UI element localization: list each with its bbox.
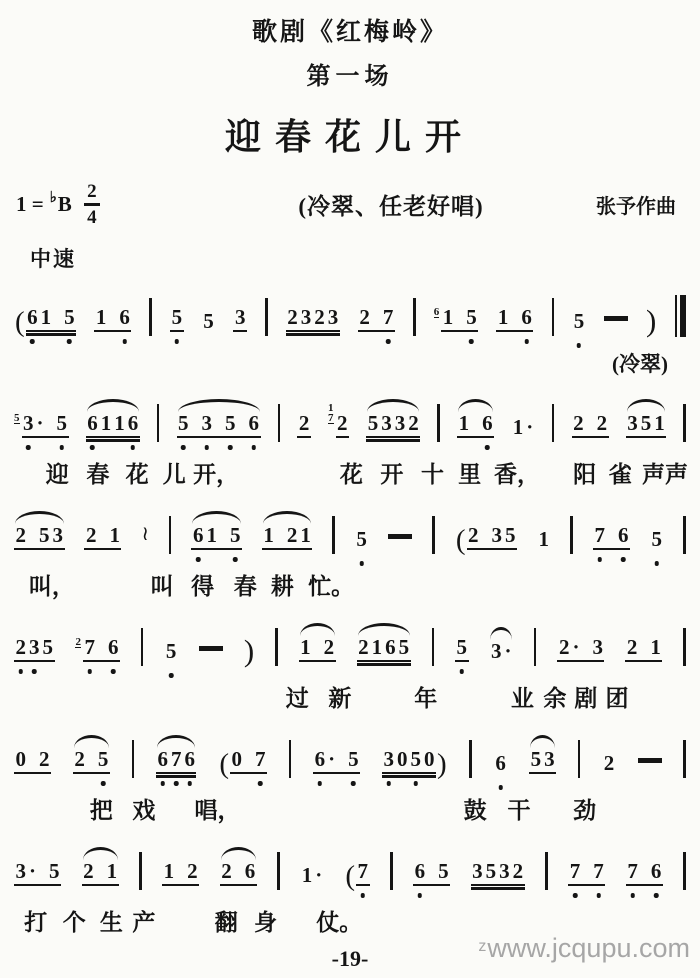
barline xyxy=(469,740,472,778)
note-group: 5332 xyxy=(366,413,420,438)
note-char: 6 xyxy=(126,413,140,434)
flat-icon: ♭ xyxy=(50,188,57,207)
note-char: 6 xyxy=(616,525,630,546)
note-char: 5 xyxy=(228,525,242,546)
barline xyxy=(275,628,278,666)
lyric-syllable: 儿 xyxy=(163,456,186,489)
note-digits: 253 xyxy=(14,525,65,550)
grace-note: 6 xyxy=(434,307,440,318)
note-digits: 121 xyxy=(262,525,313,550)
barline xyxy=(139,852,142,890)
note-digits: 3532 xyxy=(471,861,525,886)
barline xyxy=(552,404,555,442)
lyric-syllable: 余 xyxy=(543,680,566,713)
note-digits: 21 xyxy=(82,861,119,886)
note-digits: 65 xyxy=(413,861,450,886)
lyric-syllable: 个 xyxy=(63,904,86,937)
note-digits: 5 xyxy=(650,529,664,550)
time-sig-denominator: 4 xyxy=(87,208,97,227)
note-char: 1 xyxy=(370,637,384,658)
note-char: 7 xyxy=(253,749,267,770)
note-char: 3 xyxy=(489,641,503,662)
note-digits: 3· xyxy=(489,641,513,662)
note-char: 7 xyxy=(593,525,607,546)
barline xyxy=(390,852,393,890)
lyric-syllable: 干 xyxy=(508,792,531,825)
note-char: 3 xyxy=(233,307,247,328)
note-digits: 5 xyxy=(202,311,216,332)
lyric-syllable: 阳 xyxy=(573,456,596,489)
lyric-row: 叫，叫得春耕忙。 xyxy=(12,568,688,602)
note-char: 6 xyxy=(243,861,257,882)
note-char: 3 xyxy=(200,413,214,434)
note-char: 1 xyxy=(496,307,510,328)
note-char: 2 xyxy=(14,525,28,546)
note-group: 276 xyxy=(75,637,120,662)
note-digits: 3·5 xyxy=(22,413,69,438)
lyric-syllable: 鼓 xyxy=(464,792,487,825)
barline xyxy=(169,516,172,554)
note-group: 253 xyxy=(14,525,65,550)
lyric-row: 把戏唱，鼓干劲 xyxy=(12,792,688,826)
score: (61516553232327615165)(冷翠)53·56116535621… xyxy=(0,275,700,938)
note-digits: 615 xyxy=(26,307,77,332)
note-char: 1 xyxy=(94,307,108,328)
note-char: 1 xyxy=(649,637,663,658)
music-system: 0225676(076·53050)6532把戏唱，鼓干劲 xyxy=(12,720,688,826)
note-char: 6 xyxy=(649,861,663,882)
note-char: 6 xyxy=(183,749,197,770)
note-group: 2 xyxy=(602,753,616,774)
note-char: · xyxy=(571,637,581,658)
note-group: 16 xyxy=(94,307,131,332)
note-char: 5 xyxy=(572,311,586,332)
note-char: 7 xyxy=(381,307,395,328)
barline xyxy=(552,298,555,336)
lyric-syllable: 十 xyxy=(421,456,444,489)
note-group: 65 xyxy=(413,861,450,886)
note-char: · xyxy=(525,417,535,438)
scene-label: 第一场 xyxy=(0,56,700,91)
barline xyxy=(534,628,537,666)
note-group: 172 xyxy=(328,413,349,438)
note-char: 2 xyxy=(407,413,421,434)
watermark-url: www.jcqupu.com xyxy=(487,933,690,963)
note-char: 1 xyxy=(299,637,313,658)
lyric-syllable: 新 xyxy=(328,680,351,713)
grace-note: 17 xyxy=(328,403,334,424)
note-char: 6 xyxy=(156,749,170,770)
parenthesis: ( xyxy=(219,751,229,777)
note-char: · xyxy=(35,413,45,434)
note-char: 2 xyxy=(82,861,96,882)
note-char: 2 xyxy=(557,637,571,658)
note-digits: 27 xyxy=(358,307,395,332)
lyric-row: 迎春花儿开，花开十里香，阳雀声声 xyxy=(12,456,688,490)
note-char: 5 xyxy=(409,749,423,770)
note-char: 0 xyxy=(422,749,436,770)
note-group: 53 xyxy=(529,749,556,774)
note-digits: 1· xyxy=(300,865,324,886)
grace-digit: 6 xyxy=(434,307,440,317)
barline xyxy=(413,298,416,336)
note-char: 6 xyxy=(494,753,508,774)
note-digits: 5 xyxy=(170,307,184,332)
watermark-mark: z xyxy=(478,938,486,955)
note-group: 16 xyxy=(496,307,533,332)
note-char: 2 xyxy=(286,307,300,328)
note-row: 0225676(076·53050)6532 xyxy=(12,720,688,796)
note-char: 1 xyxy=(105,861,119,882)
parenthesis: ( xyxy=(456,527,466,553)
barline xyxy=(437,404,440,442)
lyric-syllable: 春 xyxy=(234,568,257,601)
note-char: 0 xyxy=(395,749,409,770)
music-system: 53·56116535621725332161·22351迎春花儿开，花开十里香… xyxy=(12,384,688,490)
lyric-syllable: 把 xyxy=(90,792,113,825)
barline xyxy=(278,404,281,442)
note-group: 53·5 xyxy=(14,413,69,438)
barline xyxy=(683,740,686,778)
note-char: 6 xyxy=(247,413,261,434)
barline xyxy=(683,404,686,442)
note-digits: 77 xyxy=(568,861,605,886)
lyric-syllable: 耕 xyxy=(271,568,294,601)
note-char: 5 xyxy=(355,529,369,550)
note-char: 2 xyxy=(73,749,87,770)
note-char: 1 xyxy=(441,307,455,328)
lyric-syllable: 里 xyxy=(458,456,481,489)
note-char: 1 xyxy=(537,529,551,550)
note-digits: 2·3 xyxy=(557,637,604,662)
note-digits: 16 xyxy=(457,413,494,438)
note-digits: 2323 xyxy=(286,307,340,332)
song-title: 迎春花儿开 xyxy=(0,109,700,160)
opera-name: 歌剧《红梅岭》 xyxy=(0,12,700,48)
grace-digit: 5 xyxy=(14,413,20,423)
note-char: 1 xyxy=(511,417,525,438)
key-letter: B xyxy=(58,192,72,217)
note-char: 3 xyxy=(22,413,36,434)
note-char: 1 xyxy=(300,865,314,886)
performers-label: (冷翠、任老好唱) xyxy=(216,188,596,221)
note-char: 3 xyxy=(382,749,396,770)
note-char: · xyxy=(503,641,513,662)
time-signature: 2 4 xyxy=(84,182,100,227)
note-char: 0 xyxy=(230,749,244,770)
note-char: 6 xyxy=(86,413,100,434)
dash-note xyxy=(388,534,412,539)
note-char: 5 xyxy=(504,525,518,546)
lyric-syllable: 花 xyxy=(340,456,363,489)
note-group: 5 xyxy=(355,529,369,550)
barline xyxy=(683,852,686,890)
note-char: 6 xyxy=(520,307,534,328)
note-char: 1 xyxy=(299,525,313,546)
note-char: 5 xyxy=(484,861,498,882)
note-group: 12 xyxy=(162,861,199,886)
barline xyxy=(683,516,686,554)
note-group: 6116 xyxy=(86,413,140,438)
composer-credit: 张予作曲 xyxy=(596,190,684,219)
note-char: · xyxy=(28,861,38,882)
grace-note: 5 xyxy=(14,413,20,424)
note-digits: 615 xyxy=(191,525,242,550)
note-digits: 15 xyxy=(441,307,478,332)
music-system: (61516553232327615165)(冷翠) xyxy=(12,275,688,378)
note-group: 2 xyxy=(297,413,311,438)
note-digits: 6116 xyxy=(86,413,140,438)
note-char: 3 xyxy=(380,413,394,434)
note-char: 2 xyxy=(357,637,371,658)
note-digits: 25 xyxy=(73,749,110,774)
note-char: 5 xyxy=(455,637,469,658)
final-barline-thin xyxy=(675,295,678,337)
key-tonic: 1 xyxy=(16,192,27,217)
close-parenthesis: ) xyxy=(646,305,656,336)
note-row: (61516553232327615165) xyxy=(12,275,688,354)
note-char: 2 xyxy=(220,861,234,882)
lyric-syllable: 叫， xyxy=(29,568,75,601)
note-char: 5 xyxy=(650,529,664,550)
lyric-syllable: 打 xyxy=(24,904,47,937)
note-char: 3 xyxy=(14,861,28,882)
note-char: 1 xyxy=(162,861,176,882)
note-char: 3 xyxy=(326,307,340,328)
note-digits: 2165 xyxy=(357,637,411,662)
note-group: 2·3 xyxy=(557,637,604,662)
lyric-syllable: 劲 xyxy=(573,792,596,825)
note-char: 7 xyxy=(356,861,370,882)
note-char: 2 xyxy=(595,413,609,434)
note-digits: 76 xyxy=(593,525,630,550)
note-digits: 12 xyxy=(162,861,199,886)
note-digits: 5 xyxy=(164,641,178,662)
lyric-syllable: 剧 xyxy=(574,680,597,713)
barline xyxy=(141,628,144,666)
note-char: 2 xyxy=(336,413,350,434)
note-digits: 2 xyxy=(297,413,311,438)
note-char: 2 xyxy=(467,525,481,546)
note-group: 5 xyxy=(572,311,586,332)
note-group: 2165 xyxy=(357,637,411,662)
note-char: 7 xyxy=(626,861,640,882)
music-system: 2352765)12216553·2·321过新年业余剧团 xyxy=(12,608,688,714)
note-char: 3 xyxy=(471,861,485,882)
note-digits: 12 xyxy=(299,637,336,662)
lyric-syllable: 年 xyxy=(414,680,437,713)
note-digits: 5356 xyxy=(177,413,261,438)
note-group: 21 xyxy=(82,861,119,886)
note-char: 2 xyxy=(602,753,616,774)
lyric-syllable: 花 xyxy=(126,456,149,489)
lyric-syllable: 产 xyxy=(132,904,155,937)
dash-note xyxy=(604,316,628,321)
note-char: 1 xyxy=(99,413,113,434)
note-char: 6 xyxy=(413,861,427,882)
note-digits: 1 xyxy=(537,529,551,550)
note-char: 0 xyxy=(14,749,28,770)
note-digits: 26 xyxy=(220,861,257,886)
note-digits: 6·5 xyxy=(313,749,360,774)
note-char: 7 xyxy=(83,637,97,658)
note-char: 3 xyxy=(393,413,407,434)
note-group: 5 xyxy=(650,529,664,550)
note-char: 5 xyxy=(55,413,69,434)
note-digits: 1· xyxy=(511,417,535,438)
note-char: 5 xyxy=(170,307,184,328)
note-digits: 76 xyxy=(83,637,120,662)
equals-sign: = xyxy=(32,192,44,217)
note-char: 5 xyxy=(639,413,653,434)
note-digits: 5 xyxy=(572,311,586,332)
note-char: 3 xyxy=(490,525,504,546)
note-char: 5 xyxy=(397,637,411,658)
note-char: 2 xyxy=(625,637,639,658)
close-parenthesis: ) xyxy=(244,635,254,666)
note-row: 3·52112261·(76535327776 xyxy=(12,832,688,908)
note-digits: 16 xyxy=(496,307,533,332)
note-char: 2 xyxy=(14,637,28,658)
note-group: 16 xyxy=(457,413,494,438)
performer-cue: (冷翠) xyxy=(12,348,688,378)
barline xyxy=(570,516,573,554)
note-char: 5 xyxy=(164,641,178,662)
tempo-marking: 中速 xyxy=(30,243,700,273)
note-char: 1 xyxy=(39,307,53,328)
note-char: 6 xyxy=(313,749,327,770)
note-digits: 235 xyxy=(467,525,518,550)
grace-digit: 7 xyxy=(328,413,334,423)
note-digits: 02 xyxy=(14,749,51,774)
note-group: (235 xyxy=(455,525,517,550)
note-char: 2 xyxy=(84,525,98,546)
note-char: 5 xyxy=(177,413,191,434)
note-digits: 5 xyxy=(355,529,369,550)
lyric-syllable: 得 xyxy=(191,568,214,601)
note-group: 5356 xyxy=(177,413,261,438)
lyric-syllable: 叫 xyxy=(151,568,174,601)
note-char: 5 xyxy=(437,861,451,882)
note-digits: 07 xyxy=(230,749,267,774)
lyric-row: 过新年业余剧团 xyxy=(12,680,688,714)
parenthesis: ( xyxy=(15,309,25,335)
note-char: 7 xyxy=(169,749,183,770)
note-char: 5 xyxy=(48,861,62,882)
note-char: 5 xyxy=(347,749,361,770)
note-char: 6 xyxy=(191,525,205,546)
note-group: 25 xyxy=(73,749,110,774)
note-group: 6·5 xyxy=(313,749,360,774)
grace-note: 2 xyxy=(75,637,81,648)
note-char: 6 xyxy=(106,637,120,658)
barline xyxy=(132,740,135,778)
note-char: 3 xyxy=(498,861,512,882)
lyric-syllable: 开 xyxy=(380,456,403,489)
note-char: 5 xyxy=(224,413,238,434)
barline xyxy=(432,628,435,666)
note-digits: 2 xyxy=(336,413,350,438)
note-digits: 3 xyxy=(233,307,247,332)
note-group: 5 xyxy=(202,311,216,332)
note-char: 5 xyxy=(96,749,110,770)
note-char: 3 xyxy=(591,637,605,658)
note-char: 3 xyxy=(626,413,640,434)
note-digits: 16 xyxy=(94,307,131,332)
lyric-syllable: 忙。 xyxy=(308,568,354,601)
note-digits: 3·5 xyxy=(14,861,61,886)
note-char: 2 xyxy=(186,861,200,882)
note-char: 7 xyxy=(592,861,606,882)
barline xyxy=(149,298,152,336)
note-char: 2 xyxy=(511,861,525,882)
note-group: 3532 xyxy=(471,861,525,886)
barline xyxy=(683,628,686,666)
note-group: (615 xyxy=(14,307,76,332)
page-number: -19- xyxy=(332,946,369,972)
note-digits: 7 xyxy=(356,861,370,886)
note-group: 21 xyxy=(84,525,121,550)
note-char: 2 xyxy=(358,307,372,328)
note-group: 77 xyxy=(568,861,605,886)
note-char: 6 xyxy=(384,637,398,658)
note-group: (07 xyxy=(218,749,267,774)
note-group: 76 xyxy=(593,525,630,550)
note-char: 1 xyxy=(262,525,276,546)
note-char: 1 xyxy=(113,413,127,434)
note-char: 1 xyxy=(653,413,667,434)
note-char: 2 xyxy=(322,637,336,658)
lyric-syllable: 雀 xyxy=(609,456,632,489)
dash-note xyxy=(638,758,662,763)
time-sig-numerator: 2 xyxy=(87,182,97,201)
note-char: 6 xyxy=(26,307,40,328)
note-digits: 21 xyxy=(625,637,662,662)
note-char: 3 xyxy=(543,749,557,770)
note-char: 1 xyxy=(205,525,219,546)
note-group: 22 xyxy=(572,413,609,438)
lyric-syllable: 仗。 xyxy=(316,904,362,937)
note-group: 27 xyxy=(358,307,395,332)
note-char: 7 xyxy=(568,861,582,882)
lyric-syllable: 戏 xyxy=(132,792,155,825)
note-digits: 22 xyxy=(572,413,609,438)
lyric-syllable: 生 xyxy=(100,904,123,937)
breath-mark: ≀ xyxy=(141,524,149,544)
note-char: 6 xyxy=(118,307,132,328)
parenthesis: ) xyxy=(437,751,447,777)
note-char: 2 xyxy=(313,307,327,328)
note-group: 1 xyxy=(537,529,551,550)
note-char: 1 xyxy=(108,525,122,546)
lyric-syllable: 迎 xyxy=(46,456,69,489)
lyric-syllable: 声 xyxy=(665,456,688,489)
note-group: 1· xyxy=(300,865,324,886)
note-group: 5 xyxy=(164,641,178,662)
barline xyxy=(157,404,160,442)
note-char: · xyxy=(314,865,324,886)
fraction-bar xyxy=(84,203,100,206)
note-group: 121 xyxy=(262,525,313,550)
note-digits: 5 xyxy=(455,637,469,662)
dash-note xyxy=(199,646,223,651)
note-char: 5 xyxy=(41,637,55,658)
note-char: 5 xyxy=(38,525,52,546)
final-barline-thick xyxy=(680,295,686,337)
note-char: 5 xyxy=(202,311,216,332)
note-row: 25321≀6151215(2351765 xyxy=(12,496,688,572)
note-char: 2 xyxy=(38,749,52,770)
